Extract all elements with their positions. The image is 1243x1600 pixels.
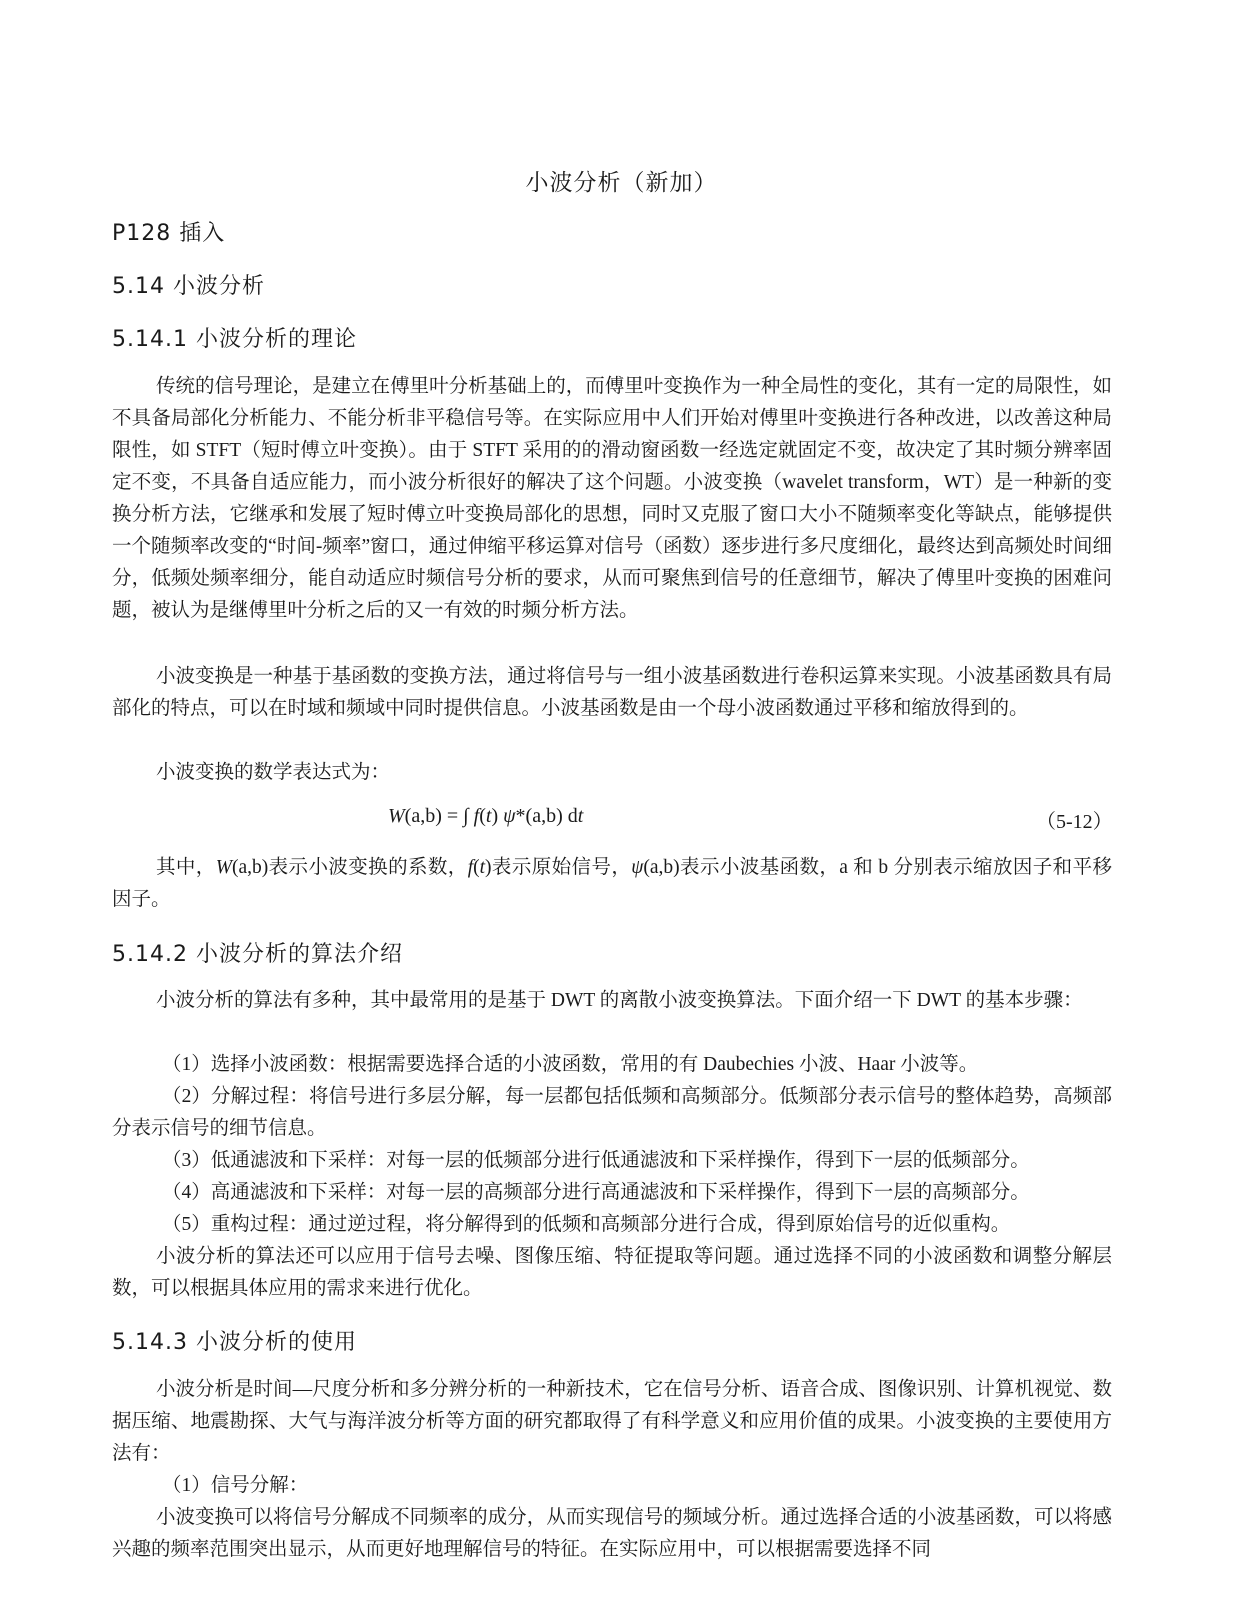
algorithm-step-1: （1）选择小波函数：根据需要选择合适的小波函数，常用的有 Daubechies …: [112, 1049, 1112, 1081]
paragraph-algorithm-intro: 小波分析的算法有多种，其中最常用的是基于 DWT 的离散小波变换算法。下面介绍一…: [112, 985, 1112, 1017]
formula-w: W: [388, 805, 405, 827]
paragraph-formula-explanation: 其中，W(a,b)表示小波变换的系数，f(t)表示原始信号，ψ(a,b)表示小波…: [112, 852, 1112, 916]
subsection-heading-3: 5.14.3 小波分析的使用: [112, 1325, 357, 1356]
algorithm-step-2: （2）分解过程：将信号进行多层分解，每一层都包括低频和高频部分。低频部分表示信号…: [112, 1081, 1112, 1145]
algorithm-step-4: （4）高通滤波和下采样：对每一层的高频部分进行高通滤波和下采样操作，得到下一层的…: [112, 1177, 1112, 1209]
text: )表示原始信号，: [485, 857, 631, 878]
subsection-heading-2: 5.14.2 小波分析的算法介绍: [112, 937, 403, 968]
formula-part: (a,b) = ∫: [405, 805, 474, 827]
text: W: [216, 857, 232, 878]
subsection-heading-1: 5.14.1 小波分析的理论: [112, 322, 357, 353]
text: 其中，: [156, 857, 216, 878]
paragraph-usage-intro: 小波分析是时间—尺度分析和多分辨分析的一种新技术，它在信号分析、语音合成、图像识…: [112, 1374, 1112, 1470]
algorithm-step-5: （5）重构过程：通过逆过程，将分解得到的低频和高频部分进行合成，得到原始信号的近…: [112, 1209, 1112, 1241]
usage-method-1-label: （1）信号分解：: [112, 1470, 1112, 1502]
section-heading: 5.14 小波分析: [112, 269, 265, 300]
text: (a,b)表示小波变换的系数，: [232, 857, 468, 878]
paragraph-usage-method-1: 小波变换可以将信号分解成不同频率的成分，从而实现信号的频域分析。通过选择合适的小…: [112, 1502, 1112, 1566]
equation-number: （5-12）: [1036, 805, 1113, 834]
paragraph-theory-2: 小波变换是一种基于基函数的变换方法，通过将信号与一组小波基函数进行卷积运算来实现…: [112, 661, 1112, 725]
document-page: 小波分析（新加） P128 插入 5.14 小波分析 5.14.1 小波分析的理…: [0, 0, 1243, 1600]
insert-note: P128 插入: [112, 216, 225, 247]
formula-psi: ψ: [503, 805, 515, 827]
formula-part: (: [479, 805, 486, 827]
wavelet-formula: W(a,b) = ∫ f(t) ψ*(a,b) dt: [388, 805, 583, 828]
formula-part: *(a,b) d: [516, 805, 578, 827]
text: ψ: [631, 857, 643, 878]
document-title: 小波分析（新加）: [0, 164, 1243, 197]
paragraph-theory-1: 传统的信号理论，是建立在傅里叶分析基础上的，而傅里叶变换作为一种全局性的变化，其…: [112, 371, 1112, 627]
algorithm-step-3: （3）低通滤波和下采样：对每一层的低频部分进行低通滤波和下采样操作，得到下一层的…: [112, 1145, 1112, 1177]
paragraph-algorithm-outro: 小波分析的算法还可以应用于信号去噪、图像压缩、特征提取等问题。通过选择不同的小波…: [112, 1241, 1112, 1305]
formula-dt: t: [578, 805, 584, 827]
paragraph-formula-intro: 小波变换的数学表达式为：: [112, 757, 1112, 789]
formula-part: ): [491, 805, 503, 827]
